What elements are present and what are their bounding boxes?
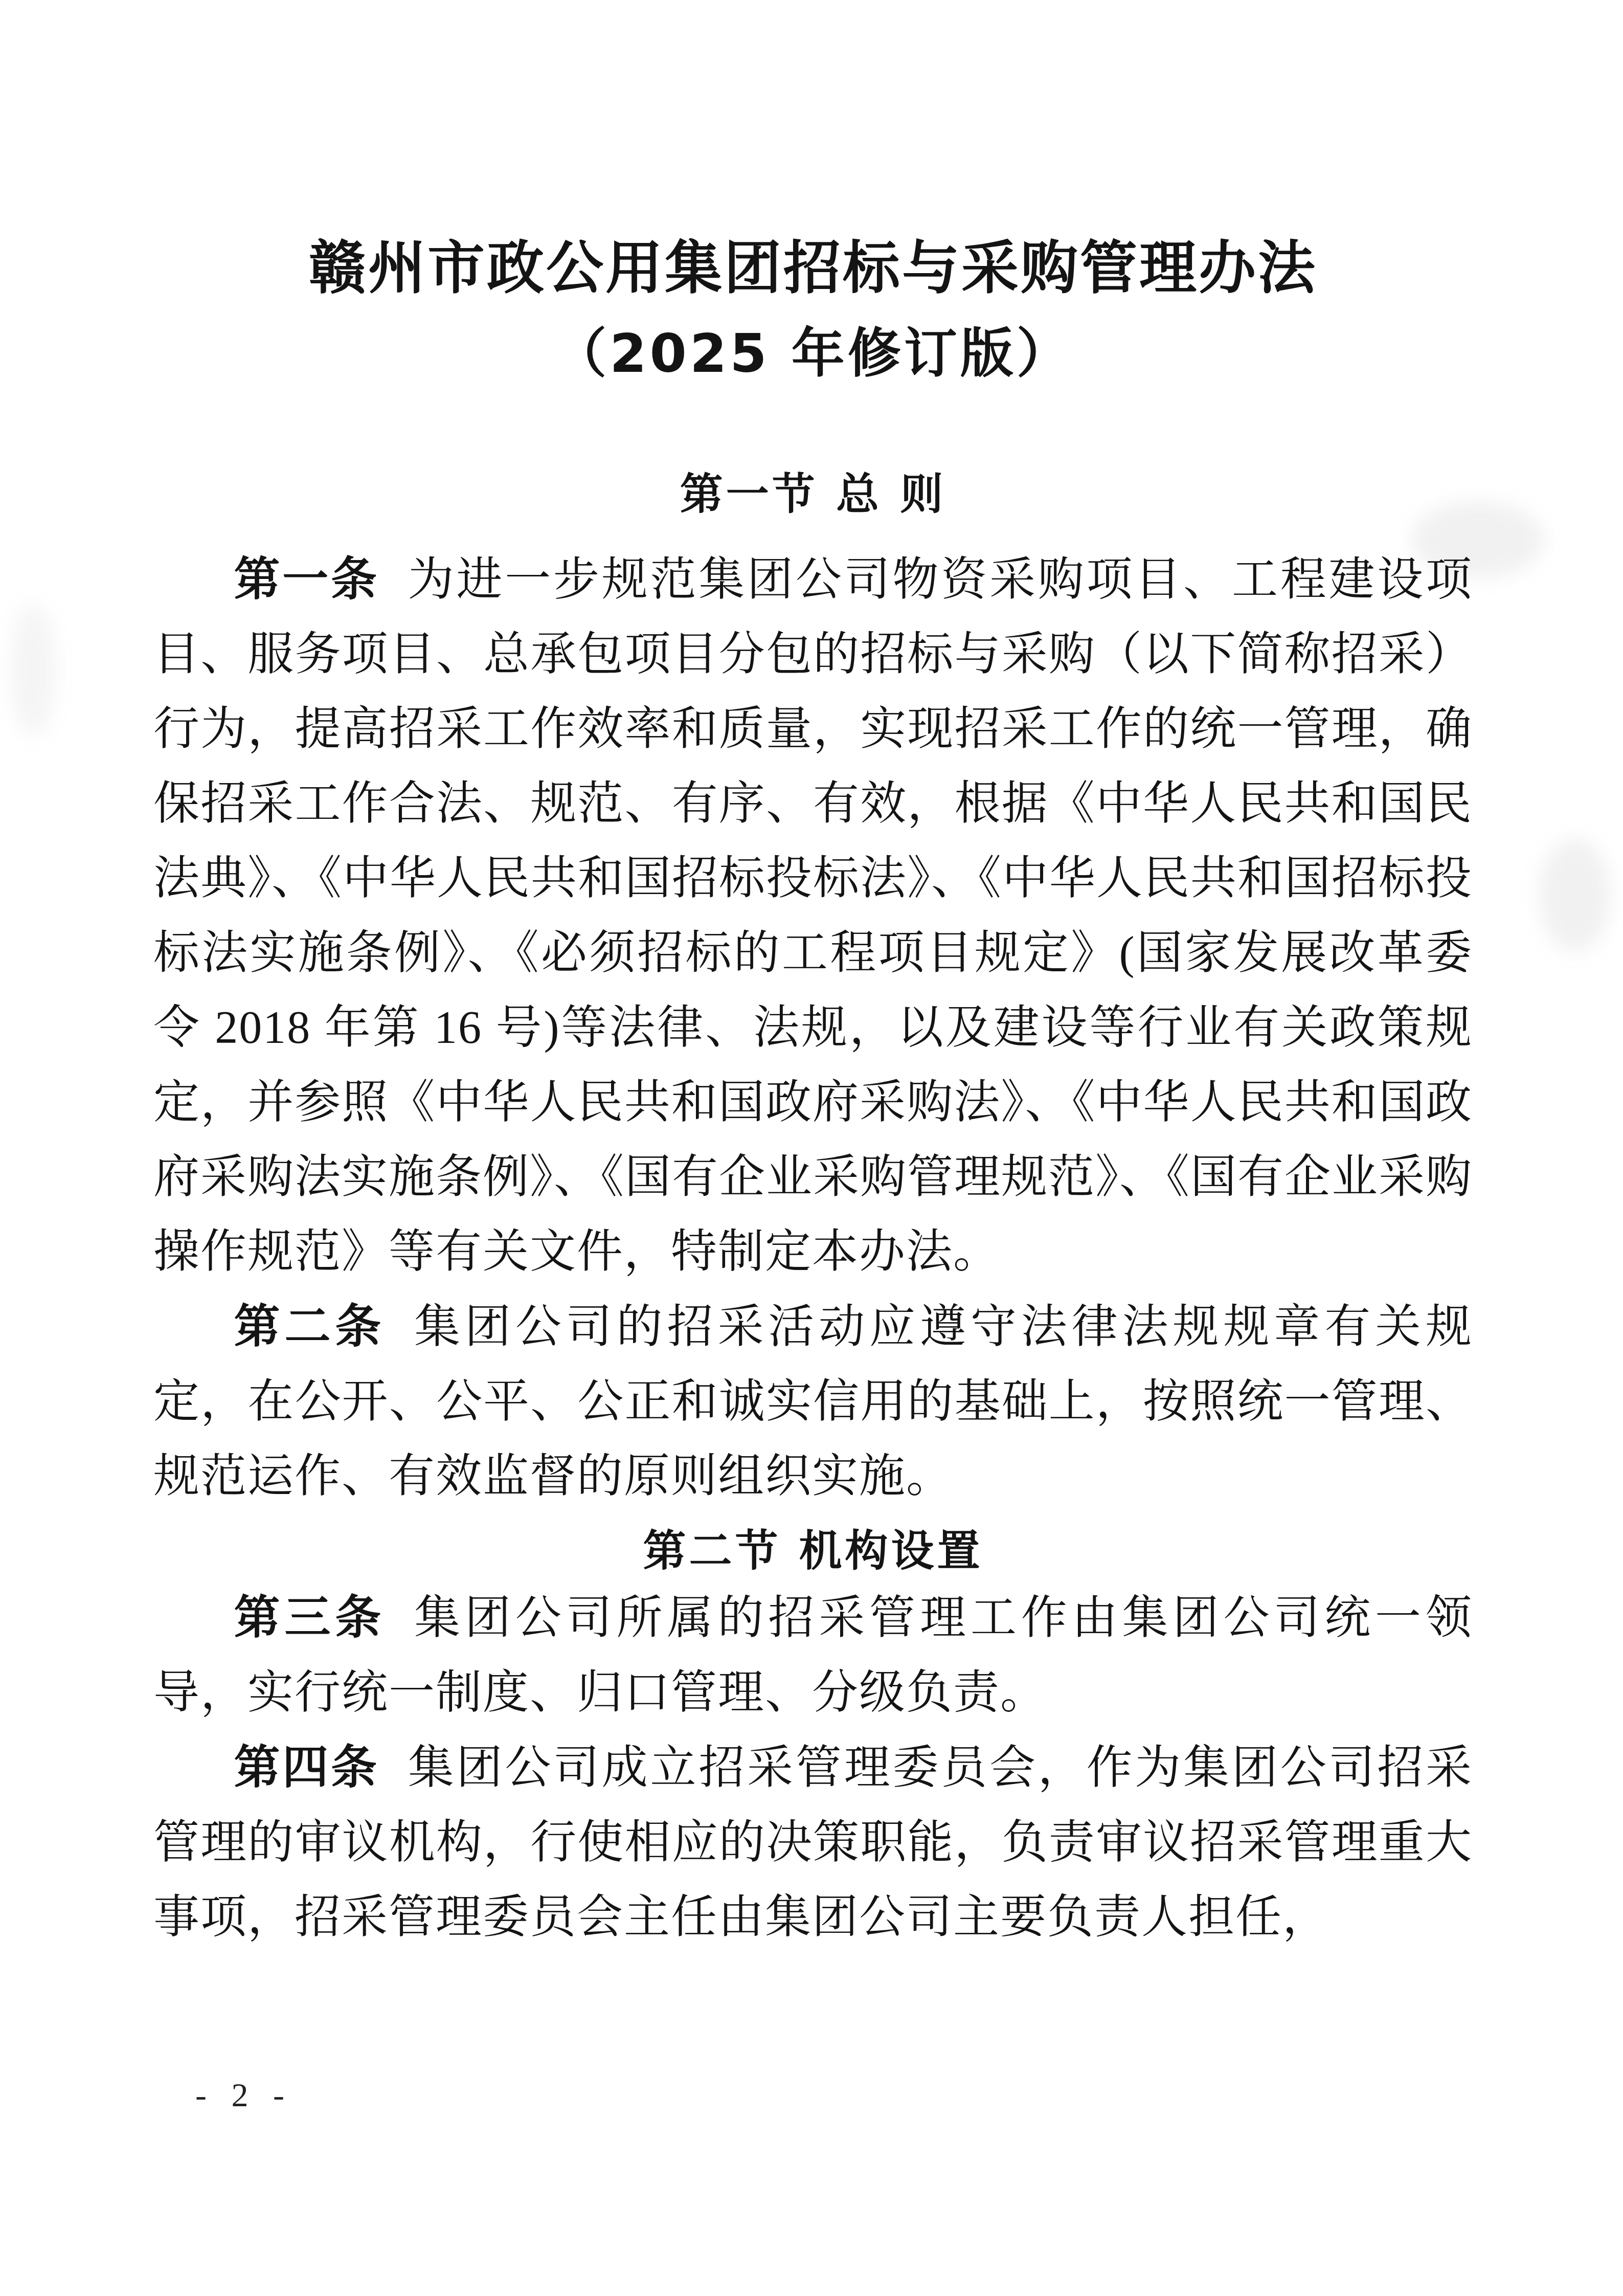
document-title-line1: 赣州市政公用集团招标与采购管理办法 [153,231,1473,306]
document-content: 赣州市政公用集团招标与采购管理办法 （2025 年修订版） 第一节 总 则 第一… [153,231,1473,1955]
scan-smudge [10,604,56,737]
page-number: - 2 - [195,2072,292,2119]
document-page: 赣州市政公用集团招标与采购管理办法 （2025 年修订版） 第一节 总 则 第一… [0,0,1623,2296]
article-3-label: 第三条 [234,1591,386,1644]
article-1-text: 为进一步规范集团公司物资采购项目、工程建设项目、服务项目、总承包项目分包的招标与… [153,554,1473,1277]
article-2: 第二条集团公司的招采活动应遵守法律法规规章有关规定，在公开、公平、公正和诚实信用… [153,1289,1473,1514]
article-1: 第一条为进一步规范集团公司物资采购项目、工程建设项目、服务项目、总承包项目分包的… [153,542,1473,1289]
document-title-line2: （2025 年修订版） [153,315,1473,392]
article-1-label: 第一条 [234,552,379,606]
section-heading-organization-setup: 第二节 机构设置 [153,1521,1473,1580]
scan-smudge [1539,839,1611,951]
section-heading-general-provisions: 第一节 总 则 [153,464,1473,524]
article-3: 第三条集团公司所属的招采管理工作由集团公司统一领导，实行统一制度、归口管理、分级… [153,1580,1473,1730]
article-4-label: 第四条 [234,1741,379,1794]
article-2-label: 第二条 [234,1300,386,1353]
article-4: 第四条集团公司成立招采管理委员会，作为集团公司招采管理的审议机构，行使相应的决策… [153,1730,1473,1955]
